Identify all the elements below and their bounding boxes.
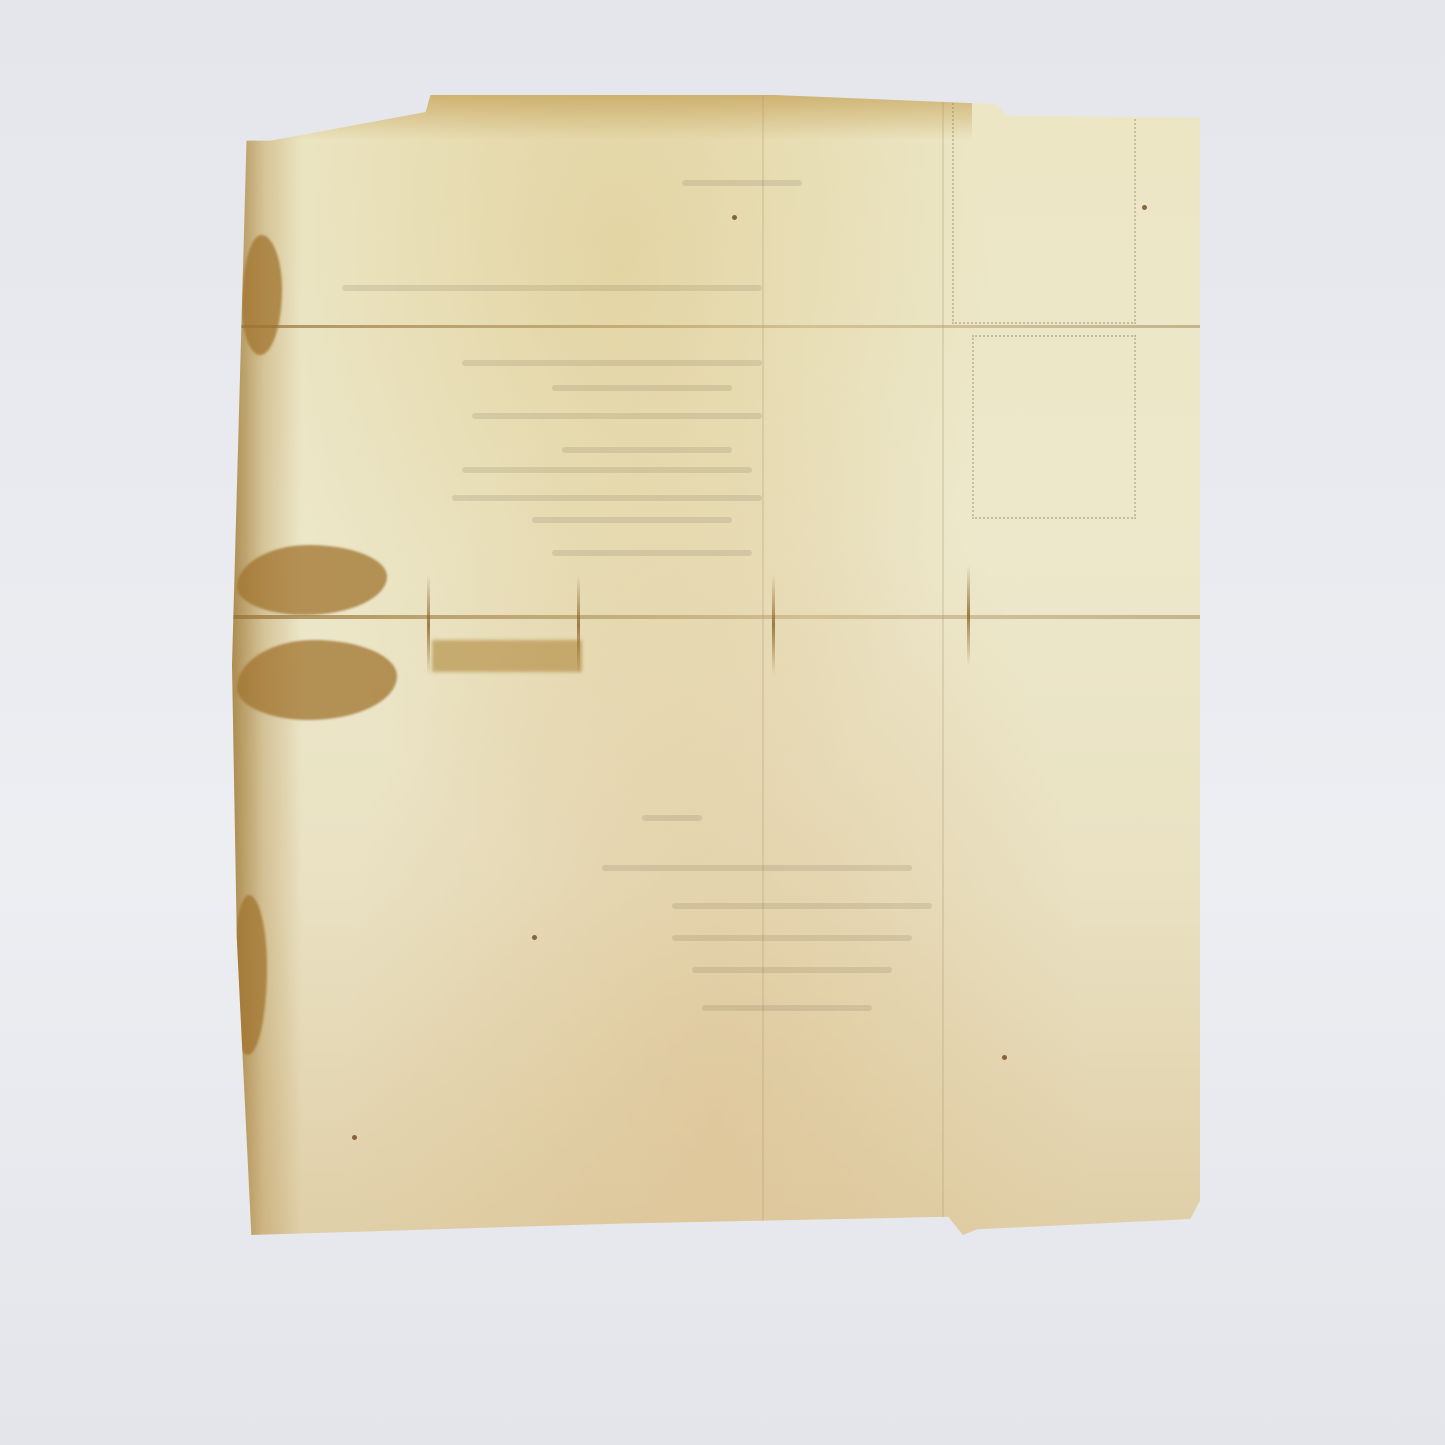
handwriting-bleed	[552, 385, 732, 391]
handwriting-bleed	[692, 967, 892, 973]
handwriting-bleed	[552, 550, 752, 556]
handwriting-bleed	[562, 447, 732, 453]
handwriting-bleed	[342, 285, 762, 291]
foxing-spot	[352, 1135, 357, 1140]
fold-line-upper	[232, 325, 1200, 328]
foxing-spot	[1142, 205, 1147, 210]
handwriting-bleed	[472, 413, 762, 419]
paper-sheet	[232, 95, 1200, 1235]
handwriting-bleed	[642, 815, 702, 821]
handwriting-bleed	[462, 360, 762, 366]
tide-stain	[237, 640, 397, 720]
stitch-hole	[577, 575, 580, 675]
handwriting-bleed	[452, 495, 762, 501]
foxing-spot	[532, 935, 537, 940]
handwriting-bleed	[532, 517, 732, 523]
handwriting-bleed	[672, 935, 912, 941]
handwriting-bleed	[462, 467, 752, 473]
handwriting-bleed	[602, 865, 912, 871]
bleed-through-print-column	[972, 335, 1136, 519]
photo	[0, 0, 1445, 1445]
stitch-hole	[967, 565, 970, 665]
foxing-spot	[732, 215, 737, 220]
handwriting-bleed	[672, 903, 932, 909]
stitch-stain	[432, 640, 582, 672]
stitch-hole	[427, 575, 430, 675]
tide-stain	[237, 545, 387, 615]
foxing-spot	[1002, 1055, 1007, 1060]
fold-line-middle	[232, 615, 1200, 619]
bleed-through-print-column	[952, 100, 1136, 324]
handwriting-bleed	[702, 1005, 872, 1011]
stitch-hole	[772, 575, 775, 675]
printed-heading-bleed	[682, 180, 802, 186]
fold-line-vertical	[762, 95, 764, 1235]
top-edge-stain	[292, 95, 972, 140]
fold-line-vertical	[942, 95, 944, 1235]
